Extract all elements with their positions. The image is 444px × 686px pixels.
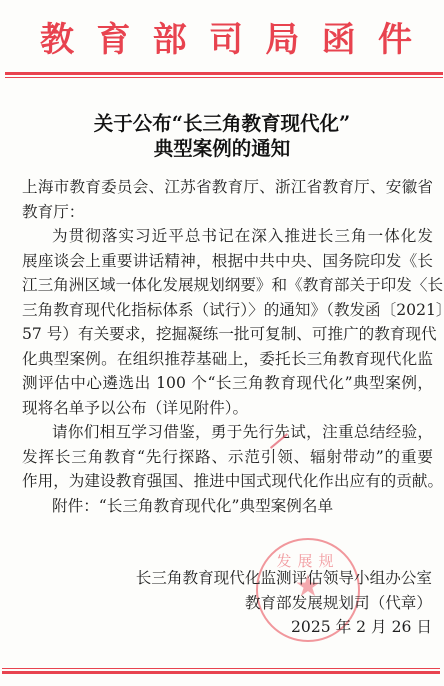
masthead-char: 司 [209,18,243,62]
masthead-char: 函 [322,18,356,62]
attachment-line: 附件：“长三角教育现代化”典型案例名单 [52,495,433,517]
footer-divider-thin [2,668,440,669]
masthead-divider-thin [5,77,443,78]
paragraph-2-line: 请你们相互学习借鉴，勇于先行先试，注重总结经验， [52,421,433,443]
document-title-line-2: 典型案例的通知 [0,133,444,161]
masthead-char: 局 [265,18,299,62]
masthead-divider-thick [5,72,443,75]
masthead-char: 件 [378,18,412,62]
paragraph-1-line: 为贯彻落实习近平总书记在深入推进长三角一体化发 [52,225,433,247]
masthead-char: 部 [153,18,187,62]
paragraph-1-line: 化典型案例。在组织推荐基础上，委托长三角教育现代化监 [22,348,433,370]
paragraph-1-line: 展座谈会上重要讲话精神，根据中共中央、国务院印发《长 [22,250,433,272]
paragraph-1-line: 三角教育现代化指标体系（试行）〉的通知》（教发函〔2021〕 [22,299,433,321]
document-title-line-1: 关于公布“长三角教育现代化” [0,108,444,136]
paragraph-1-line: 现将名单予以公布（详见附件）。 [22,397,433,419]
paragraph-2-line: 作用，为建设教育强国、推进中国式现代化作出应有的贡献。 [22,470,433,492]
document-page: 教 育 部 司 局 函 件 关于公布“长三角教育现代化” 典型案例的通知 上海市… [0,0,444,686]
masthead-title: 教 育 部 司 局 函 件 [40,18,412,62]
paragraph-2-line: 发挥长三角教育“先行探路、示范引领、辐射带动”的重要 [22,446,433,468]
signature-org-2: 教育部发展规划司（代章） [245,592,432,614]
paragraph-1-line: 测评估中心遴选出 100 个“长三角教育现代化”典型案例， [22,372,433,394]
addressee-line-1: 上海市教育委员会、江苏省教育厅、浙江省教育厅、安徽省 [22,176,433,198]
footer-divider-thick [2,671,440,674]
paragraph-1-line: 57 号）有关要求，挖掘凝练一批可复制、可推广的教育现代 [22,323,433,345]
signature-date: 2025 年 2 月 26 日 [291,616,432,638]
masthead-char: 育 [96,18,130,62]
masthead-char: 教 [40,18,74,62]
signature-org-1: 长三角教育现代化监测评估领导小组办公室 [136,567,432,589]
paragraph-1-line: 江三角洲区域一体化发展规划纲要》和《教育部关于印发〈长 [22,274,433,296]
addressee-line-2: 教育厅： [22,201,433,223]
